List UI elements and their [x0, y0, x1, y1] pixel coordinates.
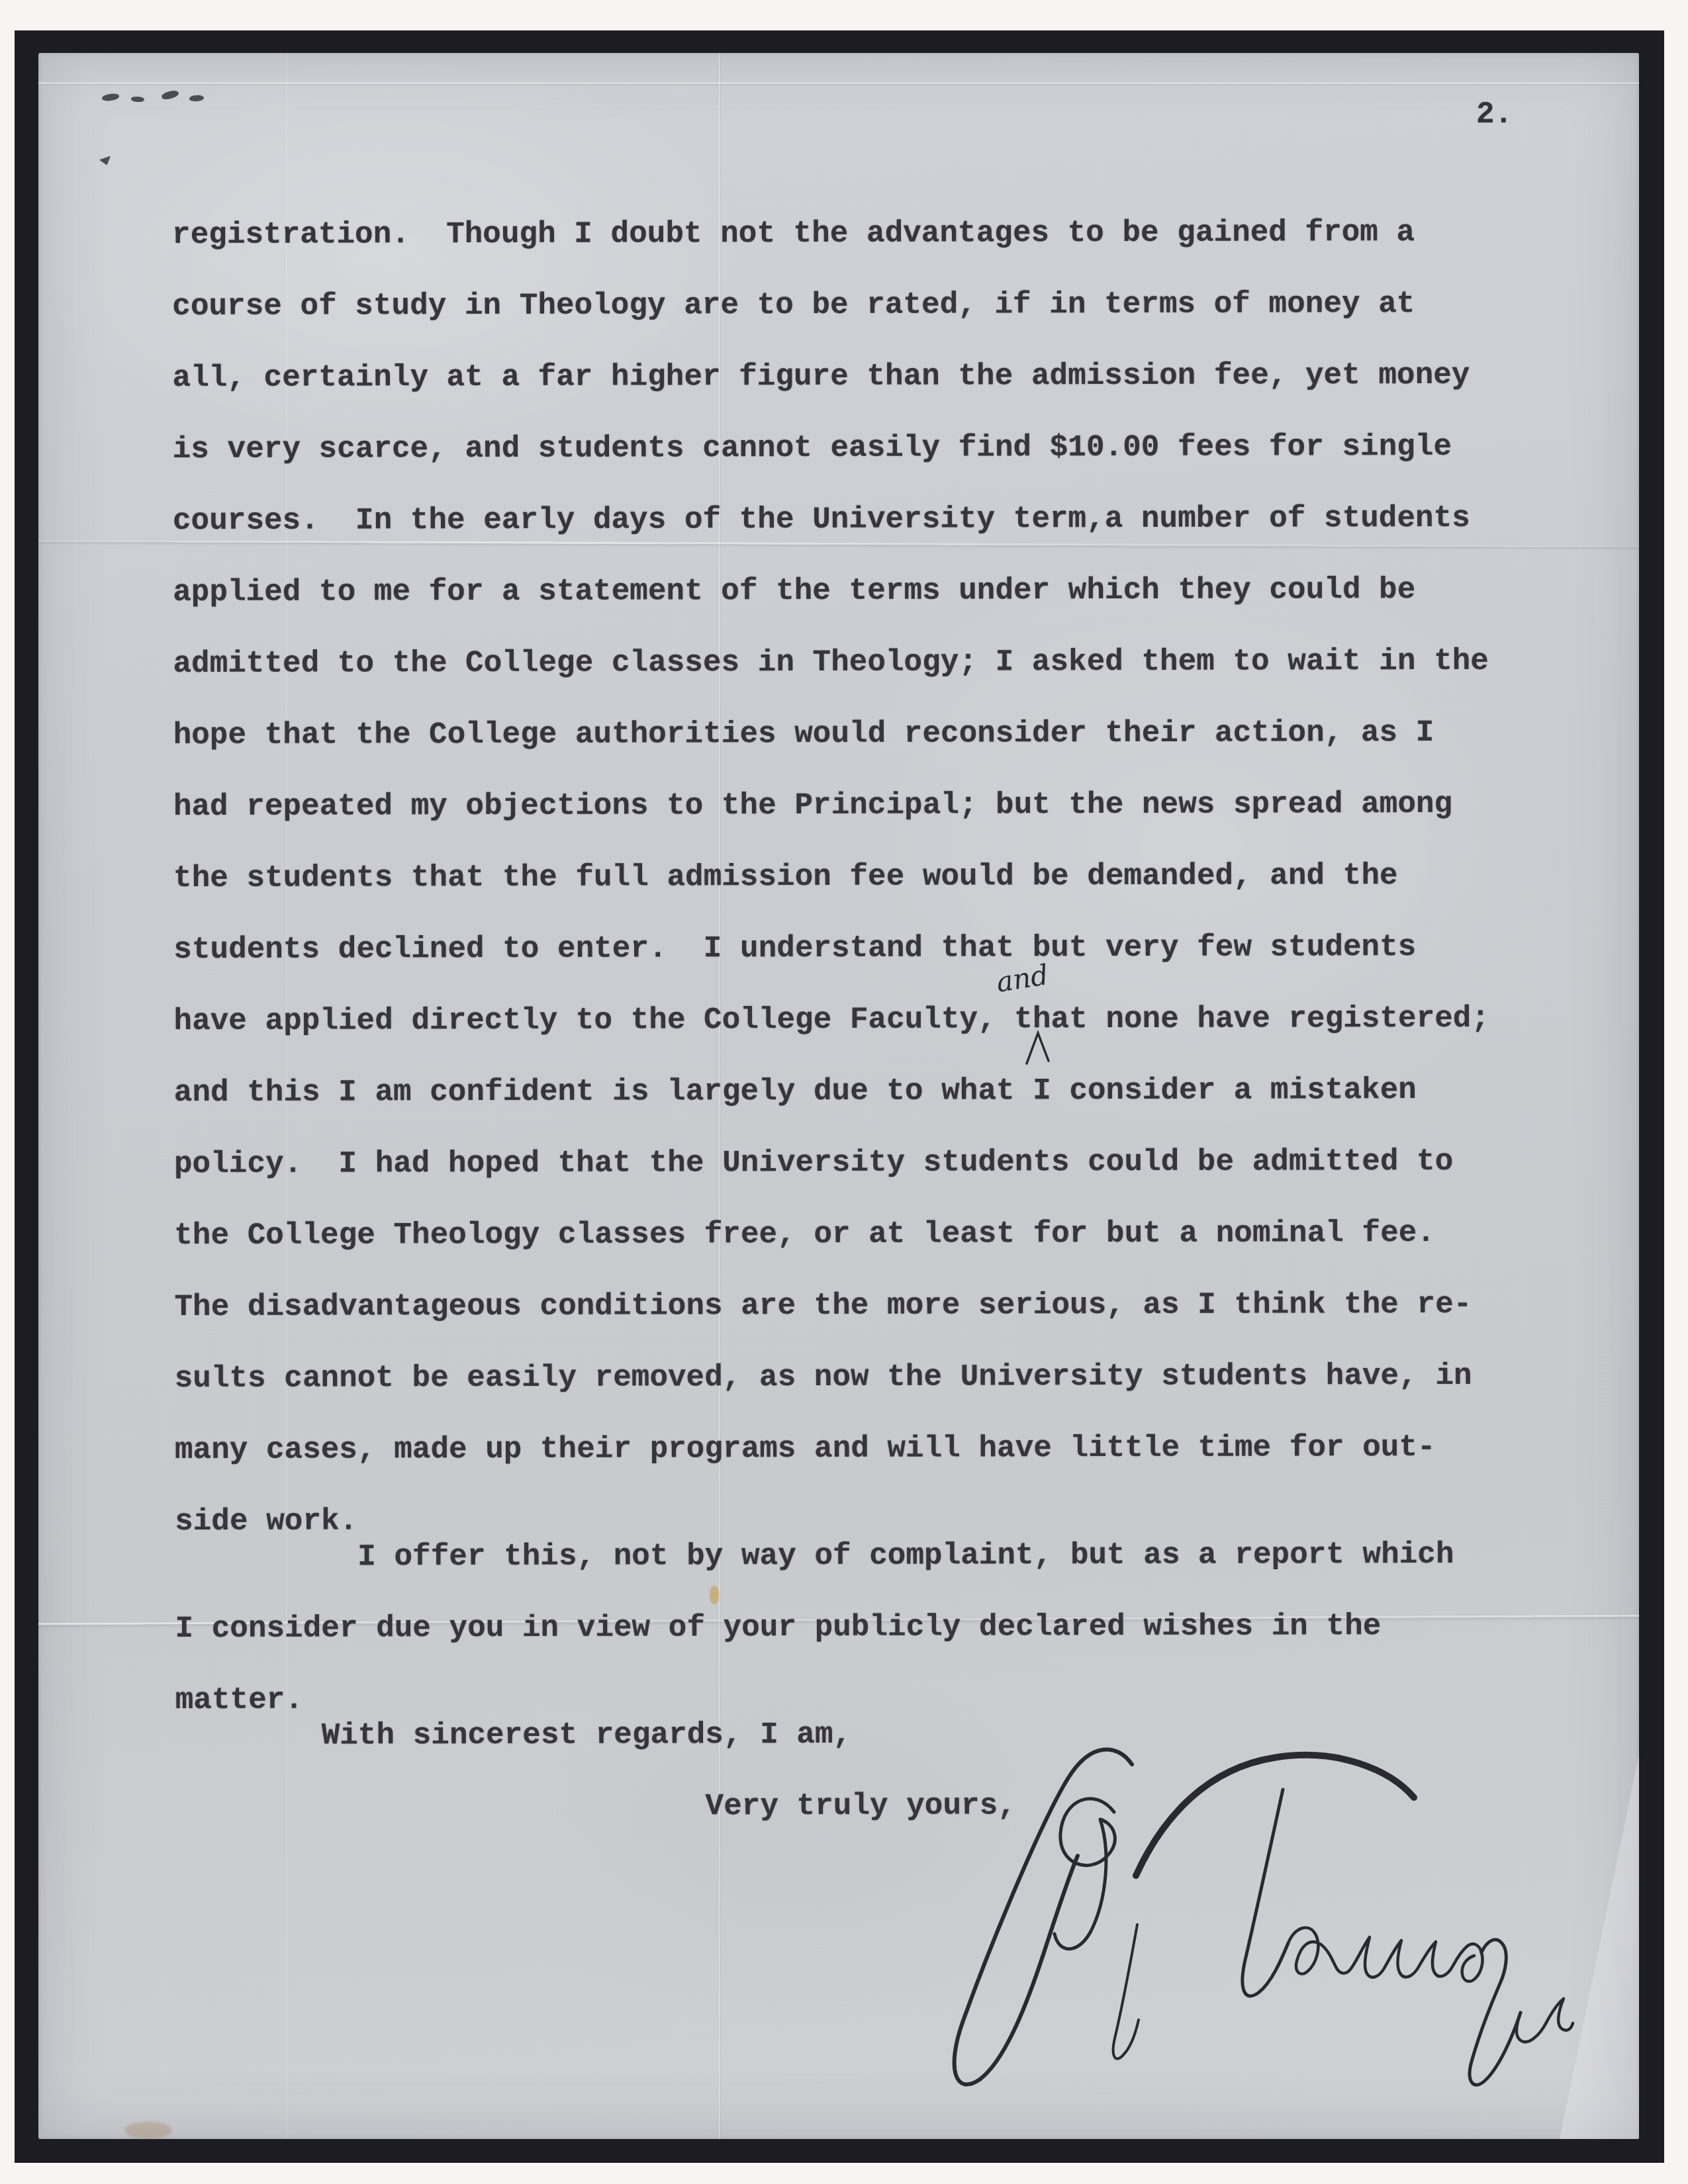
letter-line: side work. [175, 1504, 1491, 1537]
handwritten-insertion: and [994, 961, 1051, 997]
letter-line: sults cannot be easily removed, as now t… [175, 1361, 1491, 1394]
ink-mark [101, 93, 119, 102]
crease-top [38, 82, 1639, 84]
signature: J E Talmage [912, 1726, 1574, 2123]
page-number: 2. [1476, 99, 1513, 130]
letter-line: had repeated my objections to the Princi… [173, 789, 1489, 822]
ink-mark [189, 95, 205, 102]
letter-line: registration. Though I doubt not the adv… [172, 217, 1488, 250]
letter-line: students declined to enter. I understand… [173, 932, 1489, 965]
letter-line: admitted to the College classes in Theol… [173, 646, 1489, 679]
letter-line: all, certainly at a far higher figure th… [172, 360, 1488, 393]
letter-line: The disadvantageous conditions are the m… [174, 1289, 1490, 1322]
letter-line: I consider due you in view of your publi… [175, 1611, 1491, 1644]
letter-body: registration. Though I doubt not the adv… [172, 217, 1491, 1823]
letter-line: course of study in Theology are to be ra… [172, 289, 1488, 322]
ink-mark [161, 89, 179, 101]
letter-line: have applied directly to the College Fac… [173, 1003, 1489, 1036]
stain-spot [124, 2122, 172, 2139]
letter-line: the College Theology classes free, or at… [174, 1218, 1490, 1251]
ink-mark [131, 96, 145, 102]
ink-mark [99, 154, 111, 166]
signature-strokes [912, 1726, 1574, 2123]
letter-line: the students that the full admission fee… [173, 860, 1489, 893]
letter-line: is very scarce, and students cannot easi… [173, 432, 1489, 465]
letter-line: hope that the College authorities would … [173, 717, 1489, 751]
letter-line: courses. In the early days of the Univer… [173, 503, 1489, 536]
insertion-caret-icon [1023, 1030, 1053, 1066]
letter-line: many cases, made up their programs and w… [175, 1432, 1491, 1465]
letter-page: 2. registration. Though I doubt not the … [38, 53, 1639, 2139]
letter-line: and this I am confident is largely due t… [174, 1075, 1490, 1108]
letter-line: applied to me for a statement of the ter… [173, 574, 1489, 608]
letter-line: policy. I had hoped that the University … [174, 1146, 1490, 1179]
letter-line: matter. [175, 1682, 1491, 1715]
letter-line: I offer this, not by way of complaint, b… [175, 1539, 1491, 1572]
